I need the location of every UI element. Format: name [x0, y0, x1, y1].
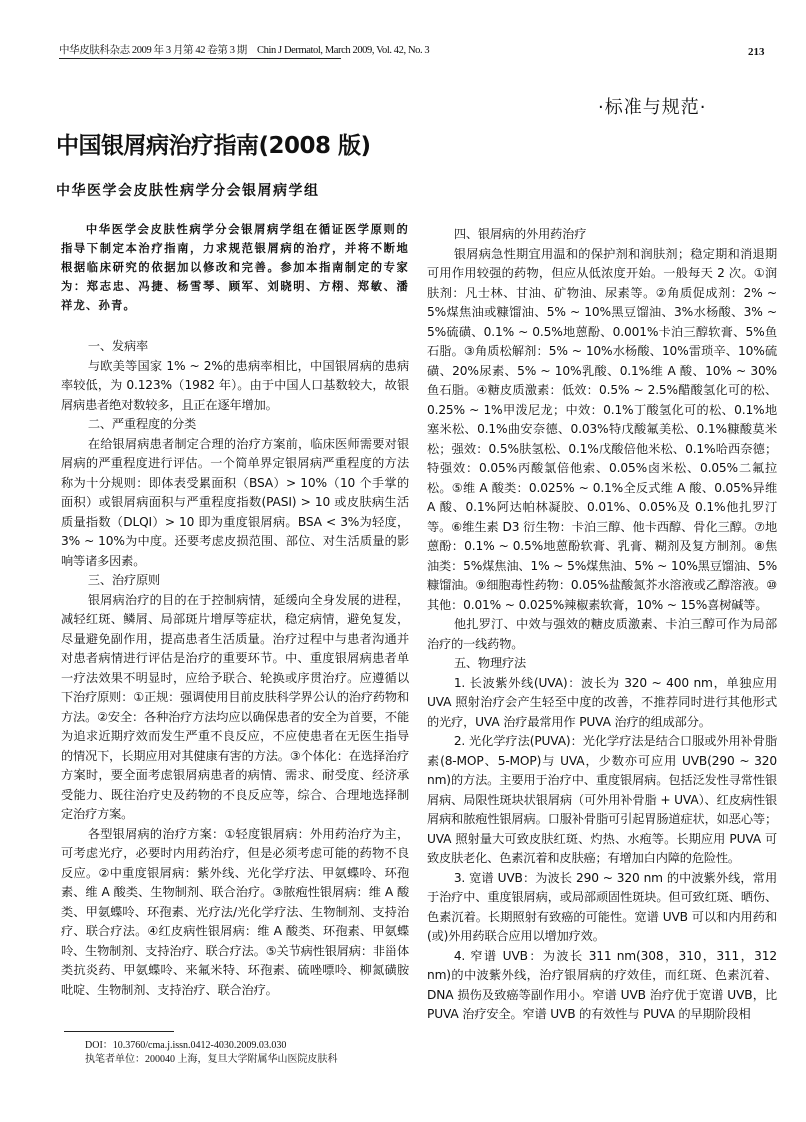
- paragraph: 1. 长波紫外线(UVA)：波长为 320 ~ 400 nm，单独应用 UVA …: [427, 674, 777, 733]
- section-heading: 二、严重程度的分类: [61, 415, 409, 435]
- footnote-divider: [64, 1031, 174, 1032]
- right-column: 四、银屑病的外用药治疗 银屑病急性期宜用温和的保护剂和润肤剂；稳定期和消退期可用…: [427, 225, 777, 1025]
- section-heading: 一、发病率: [61, 337, 409, 357]
- article-title: 中国银屑病治疗指南(2008 版): [56, 127, 371, 160]
- doi-text: DOI：10.3760/cma.j.issn.0412-4030.2009.03…: [85, 1039, 338, 1053]
- paragraph: 银屑病急性期宜用温和的保护剂和润肤剂；稳定期和消退期可用作用较强的药物，但应从低…: [427, 245, 777, 616]
- paragraph: 与欧美等国家 1% ~ 2%的患病率相比，中国银屑病的患病率较低，为 0.123…: [61, 357, 409, 416]
- section-heading: 四、银屑病的外用药治疗: [427, 225, 777, 245]
- affiliation-text: 执笔者单位：200040 上海，复旦大学附属华山医院皮肤科: [85, 1053, 338, 1067]
- paragraph: 在给银屑病患者制定合理的治疗方案前，临床医师需要对银屑病的严重程度进行评估。一个…: [61, 435, 409, 572]
- paragraph: 银屑病治疗的目的在于控制病情，延缓向全身发展的进程，减轻红斑、鳞屑、局部斑片增厚…: [61, 591, 409, 825]
- paragraph: 2. 光化学疗法(PUVA)：光化学疗法是结合口服或外用补骨脂素(8-MOP、5…: [427, 732, 777, 869]
- paragraph: 他扎罗汀、中效与强效的糖皮质激素、卡泊三醇可作为局部治疗的一线药物。: [427, 615, 777, 654]
- paragraph: 各型银屑病的治疗方案：①轻度银屑病：外用药治疗为主，可考虑光疗，必要时内用药治疗…: [61, 825, 409, 1001]
- footnote: DOI：10.3760/cma.j.issn.0412-4030.2009.03…: [85, 1039, 338, 1067]
- left-column: 中华医学会皮肤性病学分会银屑病学组在循证医学原则的指导下制定本治疗指南，力求规范…: [61, 220, 409, 1000]
- section-heading: 五、物理疗法: [427, 654, 777, 674]
- section-heading: 三、治疗原则: [61, 571, 409, 591]
- abstract: 中华医学会皮肤性病学分会银屑病学组在循证医学原则的指导下制定本治疗指南，力求规范…: [61, 220, 409, 315]
- paragraph: 4. 窄谱 UVB：为波长 311 nm(308，310，311，312 nm)…: [427, 947, 777, 1025]
- column-tag: ·标准与规范·: [598, 93, 706, 119]
- page-number: 213: [748, 46, 765, 58]
- paragraph: 3. 宽谱 UVB：为波长 290 ~ 320 nm 的中波紫外线，常用于治疗中…: [427, 869, 777, 947]
- author-group: 中华医学会皮肤性病学分会银屑病学组: [56, 180, 320, 200]
- running-header: 中华皮肤科杂志 2009 年 3 月第 42 卷第 3 期 Chin J Der…: [59, 44, 341, 59]
